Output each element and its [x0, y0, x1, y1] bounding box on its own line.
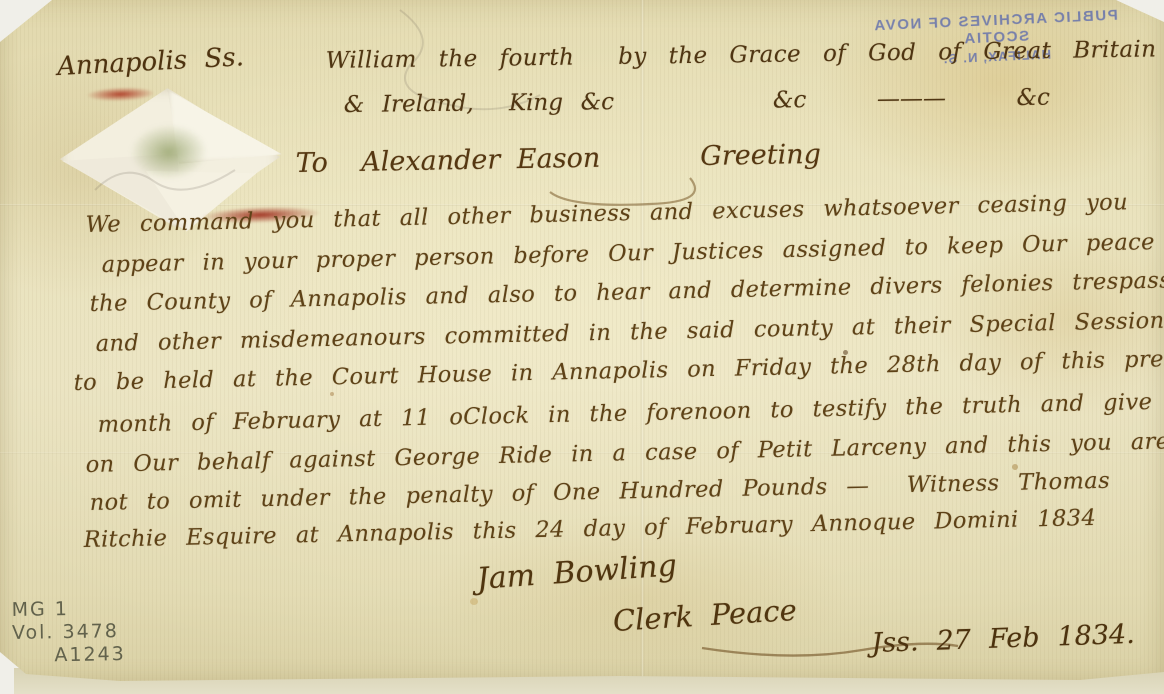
wax-mark: [88, 87, 154, 102]
royal-heading-line2: & Ireland, King &c &c ——— &c: [344, 85, 1050, 118]
paper-sheet: PUBLIC ARCHIVES OF NOVA SCOTIA HALIFAX, …: [0, 0, 1164, 694]
document-scan: PUBLIC ARCHIVES OF NOVA SCOTIA HALIFAX, …: [0, 0, 1164, 694]
signature-title: Clerk Peace: [612, 593, 798, 638]
salutation-line: To Alexander Eason Greeting: [295, 139, 821, 179]
archive-ref-item: A1243: [54, 643, 126, 667]
archive-ref-volume: Vol. 3478: [12, 620, 126, 645]
archive-reference: MG 1 Vol. 3478 A1243: [11, 597, 126, 668]
royal-heading-line1: William the fourth by the Grace of God o…: [326, 36, 1157, 74]
foxing-speck: [470, 598, 478, 605]
body-line-6: month of February at 11 oClock in the fo…: [97, 386, 1164, 438]
foxing-speck: [330, 392, 334, 396]
signature-name: Jam Bowling: [476, 548, 678, 597]
jurisdiction-note: Annapolis Ss.: [56, 42, 244, 82]
filing-docket: Jss. 27 Feb 1834.: [871, 619, 1135, 659]
archive-ref-fonds: MG 1: [11, 597, 125, 622]
